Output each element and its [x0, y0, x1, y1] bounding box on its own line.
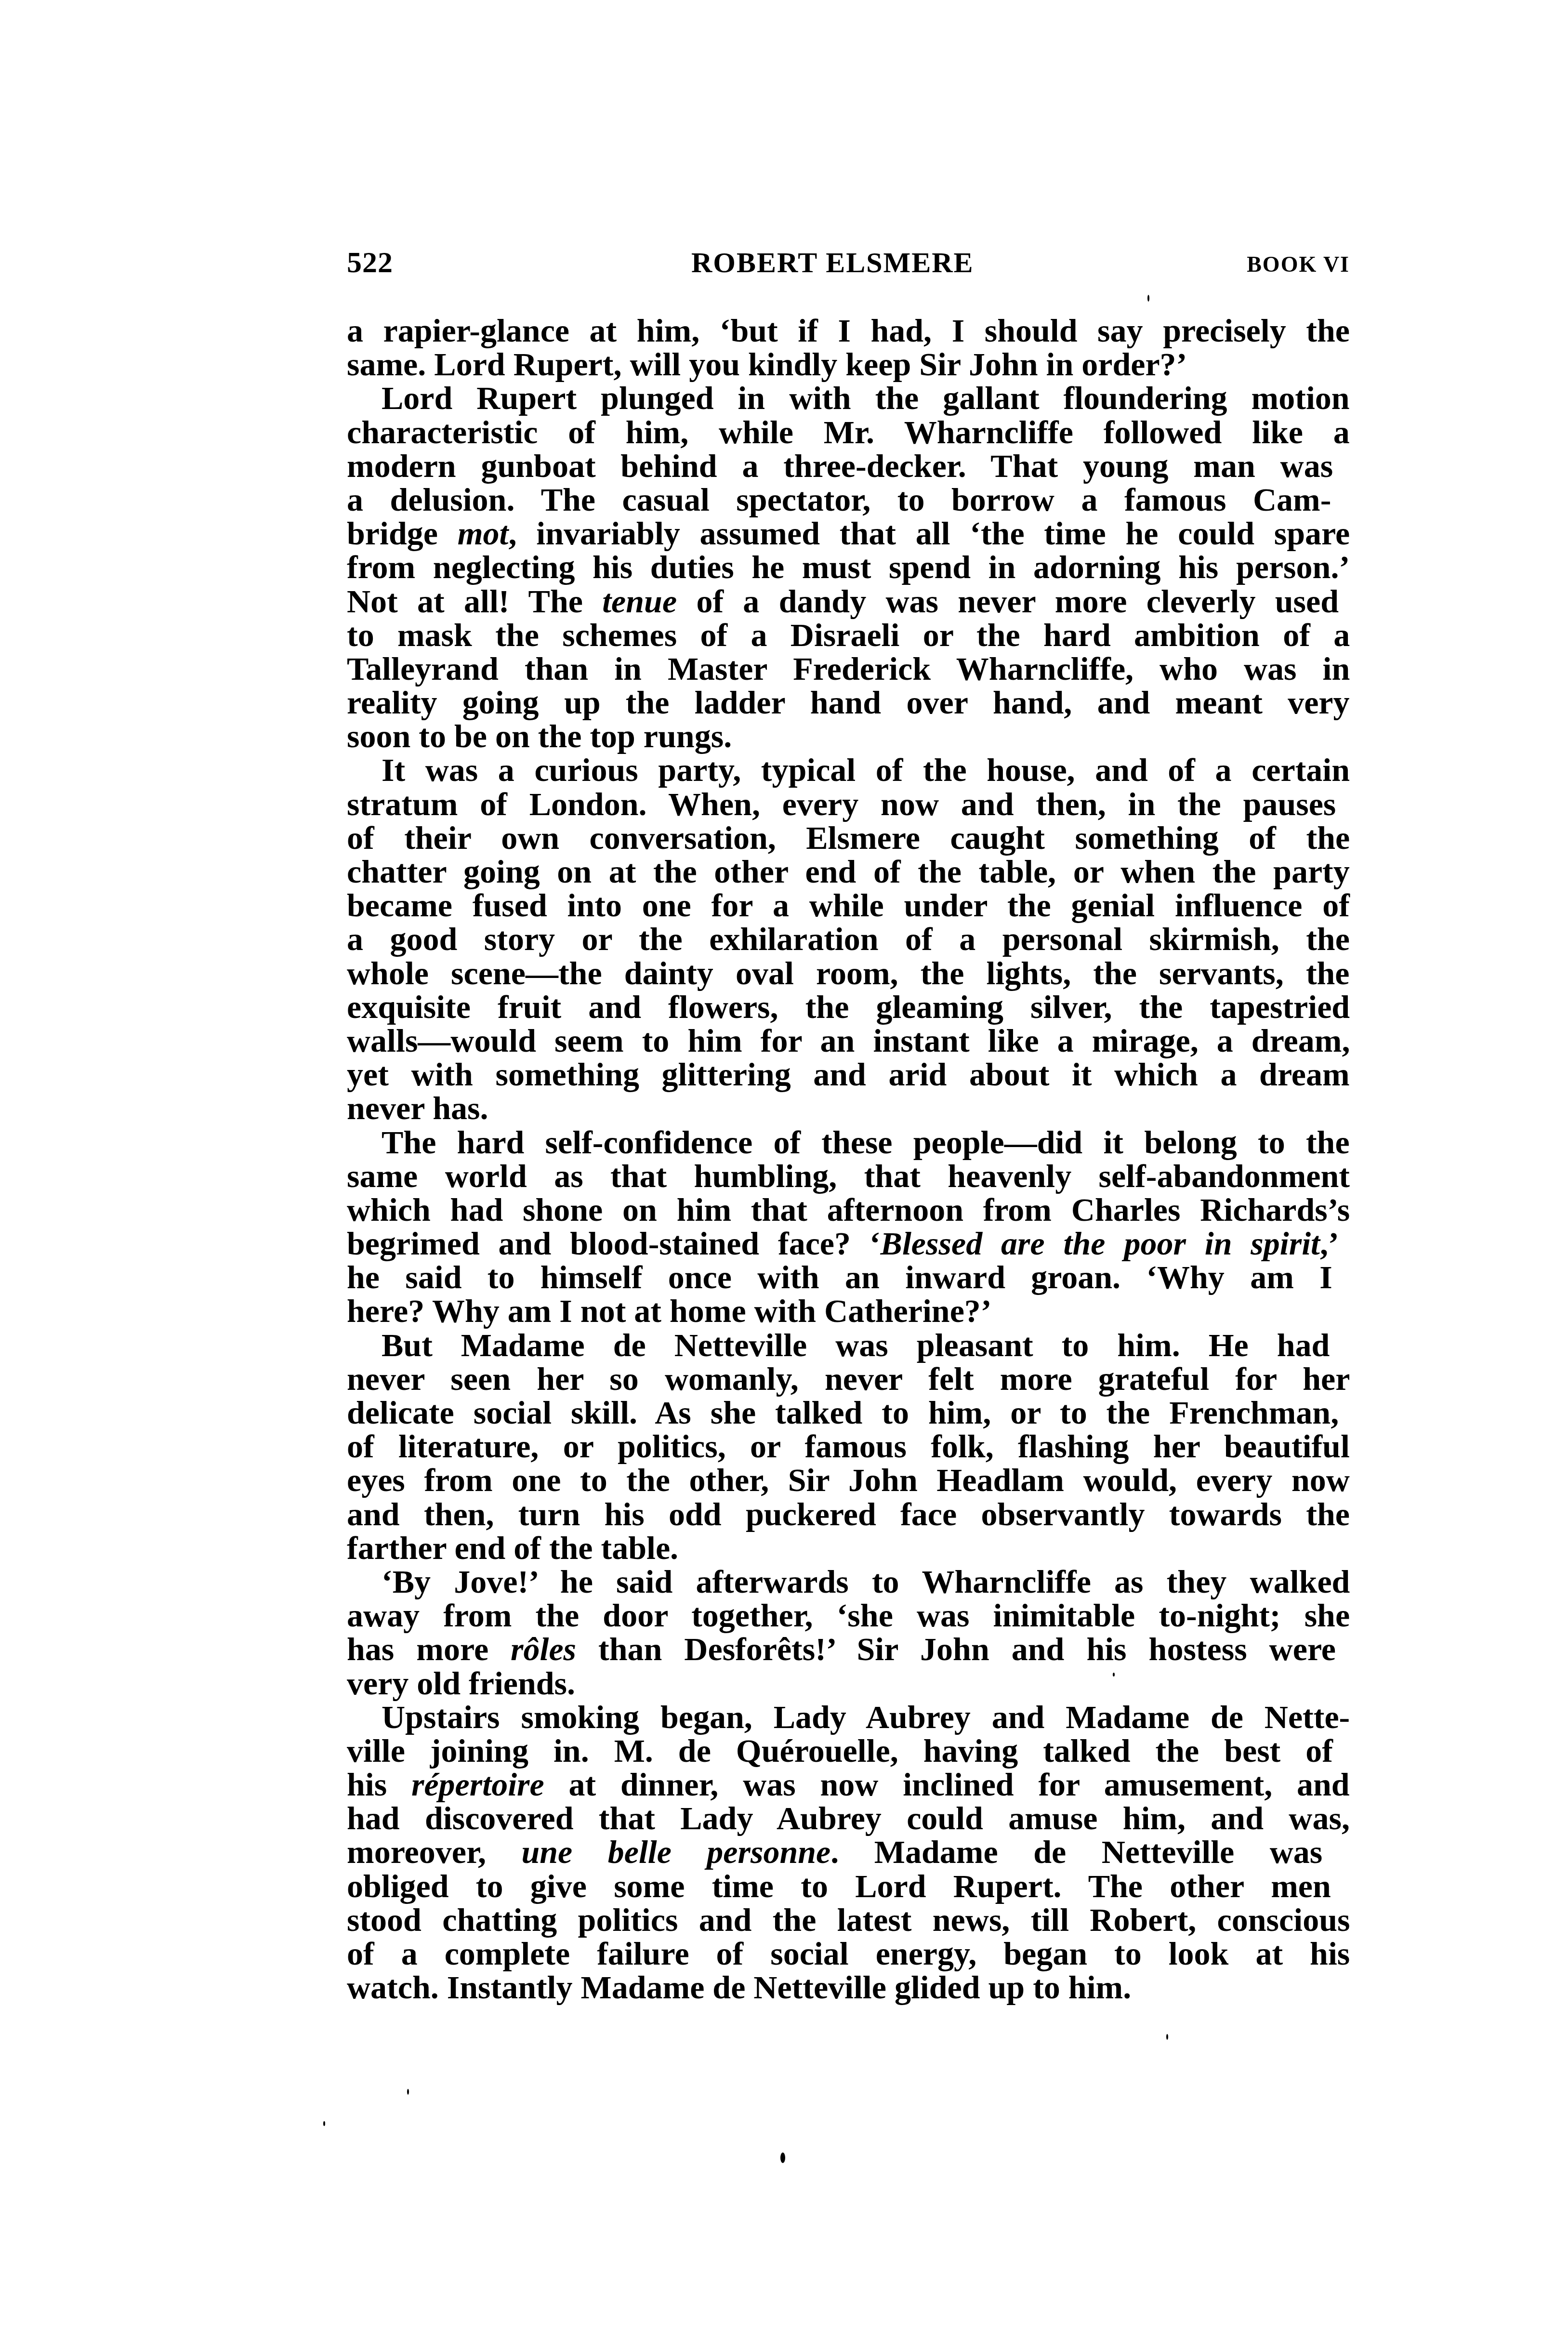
text-run: became fused into one for a while under … — [347, 887, 1350, 924]
italic-text: une belle personne — [521, 1834, 830, 1870]
text-line-content: eyes from one to the other, Sir John Hea… — [347, 1463, 1350, 1497]
text-line: here? Why am I not at home with Catherin… — [347, 1294, 1350, 1328]
text-run: same. Lord Rupert, will you kindly keep … — [347, 346, 1187, 383]
text-line-content: moreover, une belle personne. Madame de … — [347, 1835, 1322, 1869]
text-line: exquisite fruit and flowers, the gleamin… — [347, 990, 1350, 1024]
text-line-content: same. Lord Rupert, will you kindly keep … — [347, 347, 1187, 381]
text-line-content: became fused into one for a while under … — [347, 888, 1350, 922]
text-line: to mask the schemes of a Disraeli or the… — [347, 618, 1350, 652]
text-run: has more — [347, 1631, 511, 1667]
text-line: very old friends. — [347, 1666, 1350, 1700]
text-run: he said to himself once with an inward g… — [347, 1259, 1332, 1295]
text-run: never seen her so womanly, never felt mo… — [347, 1360, 1350, 1397]
text-run: eyes from one to the other, Sir John Hea… — [347, 1462, 1350, 1498]
text-line: never has. — [347, 1091, 1350, 1125]
text-run: a rapier-glance at him, ‘but if I had, I… — [347, 312, 1350, 349]
text-line-content: of their own conversation, Elsmere caugh… — [347, 821, 1350, 855]
text-line: soon to be on the top rungs. — [347, 719, 1350, 753]
text-line: had discovered that Lady Aubrey could am… — [347, 1801, 1350, 1835]
text-line: stood chatting politics and the latest n… — [347, 1903, 1350, 1937]
text-run: exquisite fruit and flowers, the gleamin… — [347, 989, 1350, 1025]
text-line-content: of literature, or politics, or famous fo… — [347, 1429, 1350, 1463]
scan-speck — [780, 2152, 785, 2163]
text-line-content: Talleyrand than in Master Frederick Whar… — [347, 652, 1350, 686]
text-run: a delusion. The casual spectator, to bor… — [347, 481, 1331, 518]
text-line: characteristic of him, while Mr. Wharncl… — [347, 415, 1350, 449]
text-run: , invariably assumed that all ‘the time … — [509, 515, 1350, 552]
text-line: became fused into one for a while under … — [347, 888, 1350, 922]
running-head: 522 ROBERT ELSMERE BOOK VI — [347, 243, 1350, 282]
text-run: The hard self-confidence of these people… — [382, 1124, 1350, 1161]
text-run: reality going up the ladder hand over ha… — [347, 684, 1350, 721]
text-line: Upstairs smoking began, Lady Aubrey and … — [347, 1700, 1350, 1734]
text-run: at dinner, was now inclined for amusemen… — [544, 1766, 1350, 1803]
scan-speck — [323, 2121, 325, 2126]
running-title: ROBERT ELSMERE — [691, 243, 974, 282]
text-line: modern gunboat behind a three-decker. Th… — [347, 449, 1350, 483]
text-run: modern gunboat behind a three-decker. Th… — [347, 448, 1333, 484]
text-line: The hard self-confidence of these people… — [347, 1125, 1350, 1159]
text-line-content: of a complete failure of social energy, … — [347, 1937, 1350, 1970]
text-line-content: whole scene—the dainty oval room, the li… — [347, 956, 1350, 990]
text-line: Not at all! The tenue of a dandy was nev… — [347, 584, 1350, 618]
text-line-content: a good story or the exhilaration of a pe… — [347, 922, 1350, 956]
text-run: farther end of the table. — [347, 1530, 678, 1566]
text-line-content: soon to be on the top rungs. — [347, 719, 732, 753]
text-line-content: away from the door together, ‘she was in… — [347, 1598, 1350, 1632]
text-run: soon to be on the top rungs. — [347, 718, 732, 754]
text-run: obliged to give some time to Lord Rupert… — [347, 1868, 1331, 1904]
page-number: 522 — [347, 243, 393, 282]
text-line: same. Lord Rupert, will you kindly keep … — [347, 347, 1350, 381]
text-line: yet with something glittering and arid a… — [347, 1057, 1350, 1091]
text-run: characteristic of him, while Mr. Wharncl… — [347, 414, 1350, 450]
text-line-content: and then, turn his odd puckered face obs… — [347, 1497, 1350, 1531]
text-line-content: stratum of London. When, every now and t… — [347, 787, 1336, 821]
text-line-content: reality going up the ladder hand over ha… — [347, 686, 1350, 719]
text-line: he said to himself once with an inward g… — [347, 1260, 1350, 1294]
text-line: farther end of the table. — [347, 1531, 1350, 1565]
text-line-content: walls—would seem to him for an instant l… — [347, 1024, 1350, 1057]
text-run: from neglecting his duties he must spend… — [347, 549, 1350, 585]
text-line: reality going up the ladder hand over ha… — [347, 686, 1350, 719]
text-line-content: he said to himself once with an inward g… — [347, 1260, 1332, 1294]
text-line-content: The hard self-confidence of these people… — [382, 1125, 1350, 1159]
text-run: of literature, or politics, or famous fo… — [347, 1428, 1350, 1465]
text-run: It was a curious party, typical of the h… — [382, 752, 1350, 788]
text-line: of a complete failure of social energy, … — [347, 1937, 1350, 1970]
text-line: his répertoire at dinner, was now inclin… — [347, 1768, 1350, 1801]
text-line-content: ‘By Jove!’ he said afterwards to Wharncl… — [382, 1565, 1350, 1598]
text-line-content: ville joining in. M. de Quérouelle, havi… — [347, 1734, 1333, 1768]
text-run: which had shone on him that afternoon fr… — [347, 1191, 1350, 1228]
text-line-content: a delusion. The casual spectator, to bor… — [347, 483, 1331, 516]
text-run: of their own conversation, Elsmere caugh… — [347, 819, 1350, 856]
italic-text: Blessed are the poor in spirit — [881, 1225, 1320, 1262]
text-line: Lord Rupert plunged in with the gallant … — [347, 381, 1350, 415]
text-run: ville joining in. M. de Quérouelle, havi… — [347, 1732, 1333, 1769]
text-run: watch. Instantly Madame de Netteville gl… — [347, 1969, 1131, 2006]
text-run: bridge — [347, 515, 458, 552]
text-run: away from the door together, ‘she was in… — [347, 1597, 1350, 1634]
body-text: a rapier-glance at him, ‘but if I had, I… — [347, 314, 1350, 2004]
text-line: ville joining in. M. de Quérouelle, havi… — [347, 1734, 1350, 1768]
text-line: But Madame de Netteville was pleasant to… — [347, 1328, 1350, 1362]
text-line: has more rôles than Desforêts!’ Sir John… — [347, 1632, 1350, 1666]
text-line: eyes from one to the other, Sir John Hea… — [347, 1463, 1350, 1497]
text-line: which had shone on him that afternoon fr… — [347, 1193, 1350, 1227]
scan-speck — [1166, 2034, 1168, 2040]
text-run: of a complete failure of social energy, … — [347, 1935, 1350, 1972]
text-run: a good story or the exhilaration of a pe… — [347, 921, 1350, 957]
text-run: his — [347, 1766, 411, 1803]
text-run: begrimed and blood-stained face? ‘ — [347, 1225, 881, 1262]
text-run: Lord Rupert plunged in with the gallant … — [382, 380, 1350, 416]
text-line: never seen her so womanly, never felt mo… — [347, 1362, 1350, 1396]
text-run: But Madame de Netteville was pleasant to… — [382, 1327, 1330, 1363]
text-line-content: exquisite fruit and flowers, the gleamin… — [347, 990, 1350, 1024]
text-line-content: here? Why am I not at home with Catherin… — [347, 1294, 992, 1328]
text-run: stood chatting politics and the latest n… — [347, 1901, 1350, 1938]
text-line: same world as that humbling, that heaven… — [347, 1159, 1350, 1193]
text-line-content: But Madame de Netteville was pleasant to… — [382, 1328, 1330, 1362]
text-run: Upstairs smoking began, Lady Aubrey and … — [382, 1699, 1350, 1735]
text-line-content: bridge mot, invariably assumed that all … — [347, 516, 1350, 550]
text-line-content: Upstairs smoking began, Lady Aubrey and … — [382, 1700, 1350, 1734]
text-run: had discovered that Lady Aubrey could am… — [347, 1800, 1350, 1836]
text-line-content: from neglecting his duties he must spend… — [347, 550, 1350, 584]
text-line: a rapier-glance at him, ‘but if I had, I… — [347, 314, 1350, 347]
text-run: than Desforêts!’ Sir John and his hostes… — [576, 1631, 1336, 1667]
text-line: Talleyrand than in Master Frederick Whar… — [347, 652, 1350, 686]
text-line-content: farther end of the table. — [347, 1531, 678, 1565]
text-line-content: never has. — [347, 1091, 488, 1125]
text-run: ,’ — [1320, 1225, 1339, 1262]
text-run: stratum of London. When, every now and t… — [347, 786, 1336, 822]
text-run: of a dandy was never more cleverly used — [677, 583, 1339, 620]
text-run: very old friends. — [347, 1665, 575, 1702]
text-line: delicate social skill. As she talked to … — [347, 1396, 1350, 1429]
text-run: Not at all! The — [347, 583, 602, 620]
scan-speck — [1147, 295, 1149, 302]
text-run: to mask the schemes of a Disraeli or the… — [347, 617, 1350, 653]
text-line-content: begrimed and blood-stained face? ‘Blesse… — [347, 1227, 1339, 1260]
text-line-content: stood chatting politics and the latest n… — [347, 1903, 1350, 1937]
text-line: walls—would seem to him for an instant l… — [347, 1024, 1350, 1057]
book-label: BOOK VI — [1247, 245, 1350, 284]
text-line-content: a rapier-glance at him, ‘but if I had, I… — [347, 314, 1350, 347]
text-line-content: which had shone on him that afternoon fr… — [347, 1193, 1350, 1227]
text-run: moreover, — [347, 1834, 521, 1870]
text-line: It was a curious party, typical of the h… — [347, 753, 1350, 787]
text-run: delicate social skill. As she talked to … — [347, 1394, 1339, 1431]
text-run: same world as that humbling, that heaven… — [347, 1158, 1350, 1194]
text-line-content: obliged to give some time to Lord Rupert… — [347, 1869, 1331, 1903]
text-line-content: has more rôles than Desforêts!’ Sir John… — [347, 1632, 1336, 1666]
text-line: chatter going on at the other end of the… — [347, 855, 1350, 888]
italic-text: mot — [458, 515, 509, 552]
text-line: from neglecting his duties he must spend… — [347, 550, 1350, 584]
italic-text: rôles — [511, 1631, 576, 1667]
text-line: a good story or the exhilaration of a pe… — [347, 922, 1350, 956]
text-line: ‘By Jove!’ he said afterwards to Wharncl… — [347, 1565, 1350, 1598]
text-line-content: delicate social skill. As she talked to … — [347, 1396, 1339, 1429]
text-run: here? Why am I not at home with Catherin… — [347, 1293, 992, 1329]
text-line-content: watch. Instantly Madame de Netteville gl… — [347, 1970, 1131, 2004]
text-line: a delusion. The casual spectator, to bor… — [347, 483, 1350, 516]
text-run: never has. — [347, 1090, 488, 1126]
text-line-content: chatter going on at the other end of the… — [347, 855, 1350, 888]
text-run: whole scene—the dainty oval room, the li… — [347, 955, 1350, 991]
text-line: of their own conversation, Elsmere caugh… — [347, 821, 1350, 855]
text-run: walls—would seem to him for an instant l… — [347, 1022, 1350, 1059]
scan-speck — [407, 2089, 409, 2095]
text-line-content: to mask the schemes of a Disraeli or the… — [347, 618, 1350, 652]
text-run: Talleyrand than in Master Frederick Whar… — [347, 650, 1350, 687]
text-line-content: Not at all! The tenue of a dandy was nev… — [347, 584, 1339, 618]
text-line: obliged to give some time to Lord Rupert… — [347, 1869, 1350, 1903]
text-line-content: never seen her so womanly, never felt mo… — [347, 1362, 1350, 1396]
text-line: begrimed and blood-stained face? ‘Blesse… — [347, 1227, 1350, 1260]
book-page: 522 ROBERT ELSMERE BOOK VI a rapier-glan… — [0, 0, 1568, 2350]
text-line: and then, turn his odd puckered face obs… — [347, 1497, 1350, 1531]
text-line-content: yet with something glittering and arid a… — [347, 1057, 1350, 1091]
text-run: ‘By Jove!’ he said afterwards to Wharncl… — [382, 1563, 1350, 1600]
text-line-content: Lord Rupert plunged in with the gallant … — [382, 381, 1350, 415]
text-line-content: characteristic of him, while Mr. Wharncl… — [347, 415, 1350, 449]
italic-text: répertoire — [411, 1766, 544, 1803]
text-line-content: very old friends. — [347, 1666, 575, 1700]
text-run: yet with something glittering and arid a… — [347, 1056, 1350, 1093]
text-line-content: had discovered that Lady Aubrey could am… — [347, 1801, 1350, 1835]
text-line-content: his répertoire at dinner, was now inclin… — [347, 1768, 1350, 1801]
italic-text: tenue — [602, 583, 677, 620]
text-line: watch. Instantly Madame de Netteville gl… — [347, 1970, 1350, 2004]
scan-speck — [1113, 1673, 1115, 1677]
text-run: . Madame de Netteville was — [830, 1834, 1322, 1870]
text-run: and then, turn his odd puckered face obs… — [347, 1496, 1350, 1532]
text-line: whole scene—the dainty oval room, the li… — [347, 956, 1350, 990]
text-line-content: It was a curious party, typical of the h… — [382, 753, 1350, 787]
text-run: chatter going on at the other end of the… — [347, 853, 1350, 890]
text-line: moreover, une belle personne. Madame de … — [347, 1835, 1350, 1869]
text-line: of literature, or politics, or famous fo… — [347, 1429, 1350, 1463]
text-line: stratum of London. When, every now and t… — [347, 787, 1350, 821]
text-line: away from the door together, ‘she was in… — [347, 1598, 1350, 1632]
text-line-content: same world as that humbling, that heaven… — [347, 1159, 1350, 1193]
text-line: bridge mot, invariably assumed that all … — [347, 516, 1350, 550]
text-line-content: modern gunboat behind a three-decker. Th… — [347, 449, 1333, 483]
